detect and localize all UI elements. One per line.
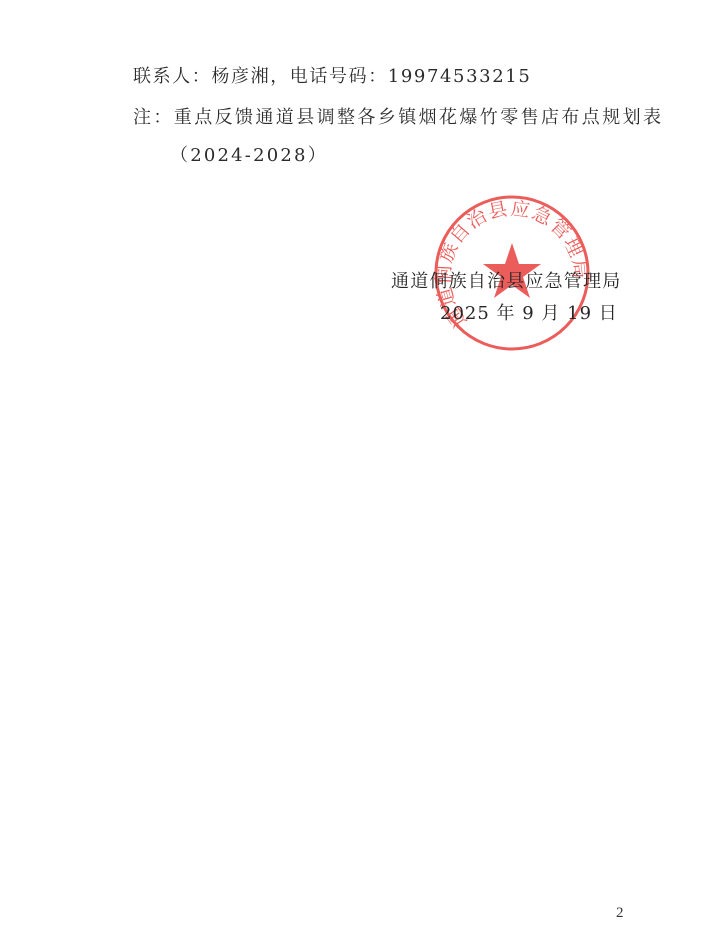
- document-page: 联系人：杨彦湘，电话号码：19974533215 注：重点反馈通道县调整各乡镇烟…: [0, 0, 709, 950]
- note-line: 注：重点反馈通道县调整各乡镇烟花爆竹零售店布点规划表: [133, 107, 663, 129]
- signing-date: 2025 年 9 月 19 日: [440, 303, 618, 325]
- note-years: （2024-2028）: [170, 145, 328, 167]
- signing-agency: 通道侗族自治县应急管理局: [391, 271, 621, 293]
- contact-line: 联系人：杨彦湘，电话号码：19974533215: [133, 66, 531, 88]
- page-number: 2: [616, 905, 624, 922]
